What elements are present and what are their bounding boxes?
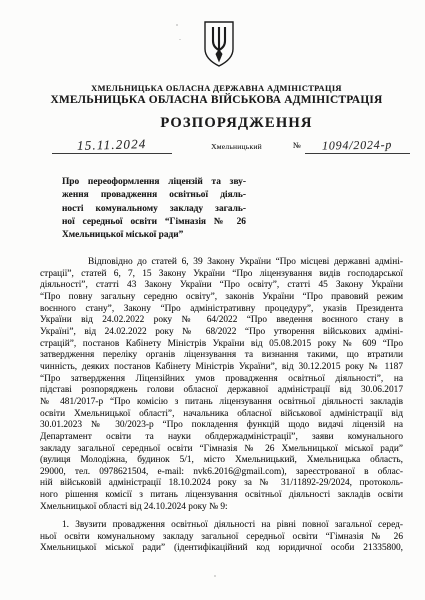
body-text-line: чинність, деяких постанов Кабінету Мініс…	[40, 362, 403, 374]
body-paragraph-preamble: Відповідно до статей 6, 39 Закону Україн…	[40, 257, 403, 513]
body-text-line: Хмельницької міської ради” (ідентифікаці…	[40, 543, 403, 555]
body-text-line: Департамент освіти та науки облдержадмін…	[40, 432, 403, 444]
body-text-line: страції”, статей 6, 7, 15 Закону України…	[40, 269, 403, 281]
body-text-line: № 481/2017-р “Про комісію з питань ліцен…	[40, 397, 403, 409]
body-text-line: 29000, тел. 0978621504, e-mail: nvk6.201…	[40, 467, 403, 479]
scan-speck	[176, 24, 178, 26]
date-number-row: 15.11.2024 Хмельницький № 1094/2024-р	[0, 136, 425, 158]
subject-block: Про переоформлення ліцензій та зву-ження…	[62, 176, 246, 242]
subject-line: Про переоформлення ліцензій та зву-	[62, 176, 246, 189]
subject-line: ної середньої освіти “Гімназія № 26	[62, 216, 246, 229]
body-text-line: Хмельницької області від 24.10.2024 року…	[40, 502, 403, 514]
document-type-heading: РОЗПОРЯДЖЕННЯ	[48, 115, 425, 132]
ukrainian-trident-emblem-icon	[203, 21, 235, 67]
state-administration-name: ХМЕЛЬНИЦЬКА ОБЛАСНА ДЕРЖАВНА АДМІНІСТРАЦ…	[8, 84, 425, 93]
scanned-document-page: ХМЕЛЬНИЦЬКА ОБЛАСНА ДЕРЖАВНА АДМІНІСТРАЦ…	[0, 0, 425, 600]
body-text-line: освіти Хмельницької області”, начальника…	[40, 409, 403, 421]
body-text-line: ній військовій адміністрації 18.10.2024 …	[40, 478, 403, 490]
body-text-line: (вулиця Молодіжна, будинок 5/1, місто Хм…	[40, 455, 403, 467]
body-text-line: 1. Звузити провадження освітньої діяльно…	[40, 520, 403, 532]
body-text-line: затвердження переліку органів ліцензуван…	[40, 350, 403, 362]
body-paragraph-item-1: 1. Звузити провадження освітньої діяльно…	[40, 520, 403, 555]
body-text-line: ньої освіти комунальному закладу загальн…	[40, 532, 403, 544]
number-sign: №	[293, 141, 301, 150]
military-administration-name: ХМЕЛЬНИЦЬКА ОБЛАСНА ВІЙСЬКОВА АДМІНІСТРА…	[8, 94, 425, 106]
body-text-line: страцій”, постанов Кабінету Міністрів Ук…	[40, 339, 403, 351]
subject-line: ності комунальному закладу загаль-	[62, 203, 246, 216]
body-text-line: підставі розпоряджень голови обласної де…	[40, 385, 403, 397]
body-text-line: ного рішення комісії з питань ліцензуван…	[40, 490, 403, 502]
number-field: 1094/2024-р	[305, 136, 410, 154]
subject-line: ження провадження освітньої діяль-	[62, 189, 246, 202]
body-text-line: діяльності”, статті 43 Закону України “П…	[40, 280, 403, 292]
subject-line: Хмельницької міської ради”	[62, 229, 246, 242]
scan-speck	[179, 39, 181, 40]
body-text-line: Україні”, від 24.02.2022 року № 68/2022 …	[40, 327, 403, 339]
body-text-line: “Про затвердження Ліцензійних умов прова…	[40, 374, 403, 386]
scan-speck	[214, 575, 216, 577]
body-text-line: 30.01.2023 № 30/2023-р “Про покладення ф…	[40, 420, 403, 432]
body-text-line: “Про повну загальну середню освіту”, зак…	[40, 292, 403, 304]
body-text-line: Відповідно до статей 6, 39 Закону Україн…	[40, 257, 403, 269]
body-text-line: України від 24.02.2022 року № 64/2022 “П…	[40, 315, 403, 327]
handwritten-number: 1094/2024-р	[322, 137, 392, 153]
body-text-line: воєнного стану”, Закону “Про адміністрат…	[40, 304, 403, 316]
body-text-line: закладу загальної середньої освіти “Гімн…	[40, 444, 403, 456]
